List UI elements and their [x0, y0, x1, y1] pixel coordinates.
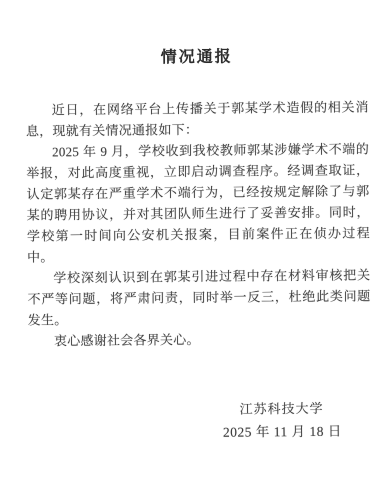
notice-photo: 情况通报 近日，在网络平台上传播关于郭某学术造假的相关消息，现就有关情况通报如下… — [0, 0, 392, 484]
notice-paragraph-thanks: 衷心感谢社会各界关心。 — [28, 327, 371, 351]
notice-paragraph-intro: 近日，在网络平台上传播关于郭某学术造假的相关消息，现就有关情况通报如下： — [26, 96, 369, 141]
notice-signature: 江苏科技大学 — [29, 397, 372, 421]
notice-title: 情况通报 — [25, 42, 368, 68]
notice-date: 2025 年 11 月 18 日 — [29, 420, 372, 444]
notice-document: 情况通报 近日，在网络平台上传播关于郭某学术造假的相关消息，现就有关情况通报如下… — [0, 0, 392, 484]
notice-paragraph-investigation: 2025 年 9 月，学校收到我校教师郭某涉嫌学术不端的举报，对此高度重视，立即… — [26, 138, 370, 267]
notice-body: 近日，在网络平台上传播关于郭某学术造假的相关消息，现就有关情况通报如下： 202… — [26, 96, 371, 351]
notice-paragraph-accountability: 学校深刻认识到在郭某引进过程中存在材料审核把关不严等问题，将严肃问责，同时举一反… — [27, 264, 371, 330]
